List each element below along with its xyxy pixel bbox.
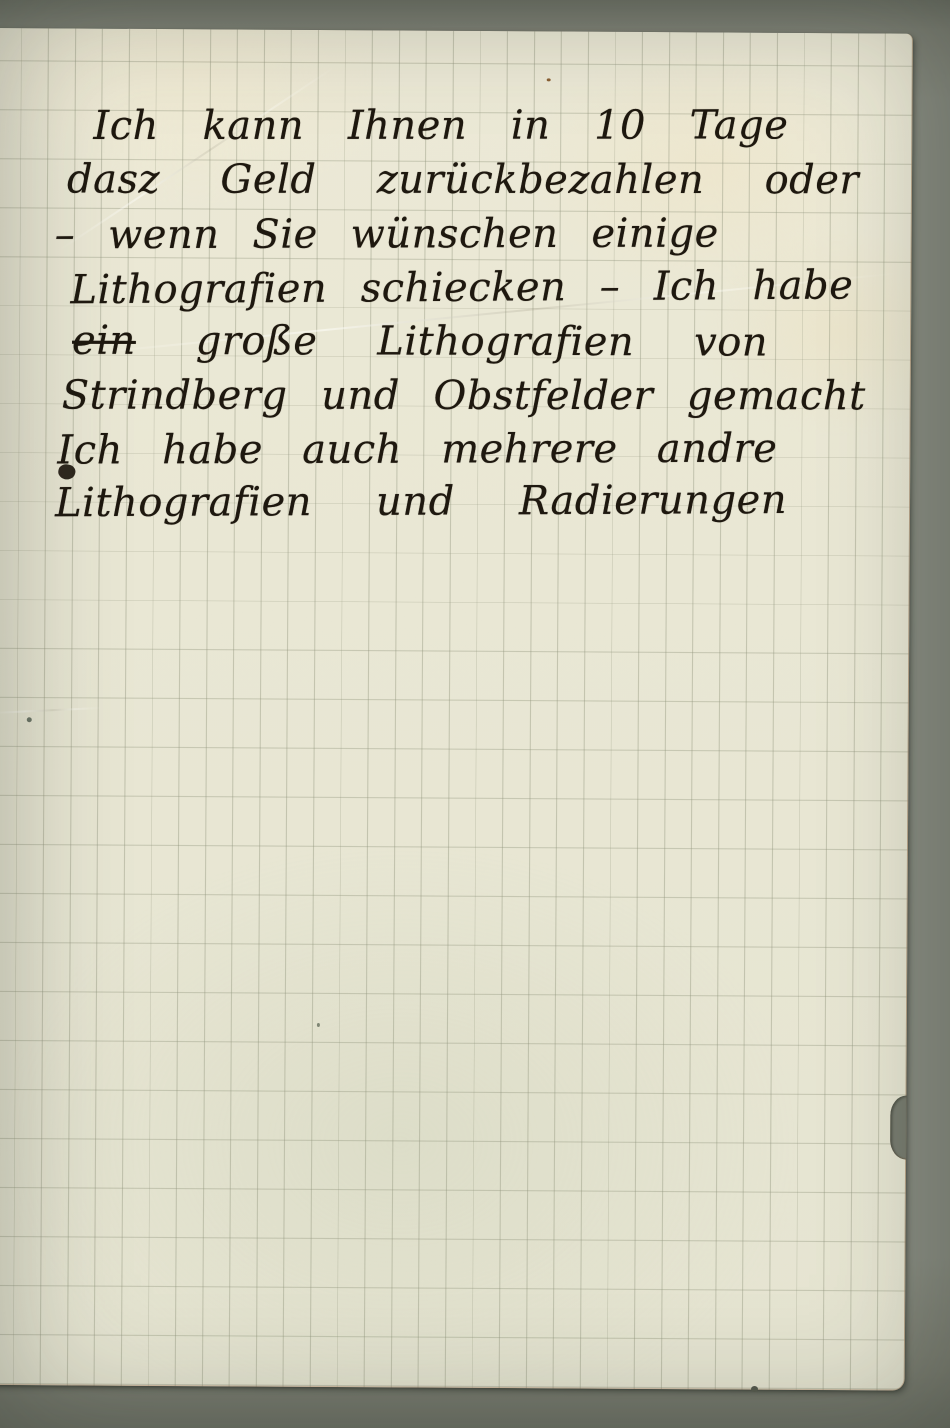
line-text: dasz Geld zurückbezahlen oder xyxy=(67,157,859,204)
handwritten-line: Lithografien und Radierungen xyxy=(55,479,787,534)
line-text: Lithografien schiecken – Ich habe xyxy=(70,262,853,313)
line-text: große Lithografien von xyxy=(196,318,768,365)
letter-page: Ich kann Ihnen in 10 Tage dasz Geld zurü… xyxy=(0,28,913,1391)
handwritten-line: – wenn Sie wünschen einige xyxy=(55,213,719,267)
letter-body: Ich kann Ihnen in 10 Tage dasz Geld zurü… xyxy=(0,28,912,1390)
handwritten-line: Strindberg und Obstfelder gemacht xyxy=(62,375,866,428)
handwritten-line: Ich kann Ihnen in 10 Tage xyxy=(93,104,788,157)
line-text: Ich kann Ihnen in 10 Tage xyxy=(93,102,788,149)
handwritten-line: Ich habe auch mehrere andre xyxy=(57,428,777,482)
line-text: Strindberg und Obstfelder gemacht xyxy=(62,373,866,420)
line-text: – wenn Sie wünschen einige xyxy=(55,211,719,259)
handwritten-line: ein große Lithografien von xyxy=(72,320,768,374)
line-text: Ich habe auch mehrere andre xyxy=(57,426,777,474)
handwritten-line: dasz Geld zurückbezahlen oder xyxy=(67,159,859,212)
strikethrough-word: ein xyxy=(72,318,136,364)
photo-backdrop: Ich kann Ihnen in 10 Tage dasz Geld zurü… xyxy=(0,0,950,1428)
line-text: Lithografien und Radierungen xyxy=(55,477,787,526)
handwritten-line: Lithografien schiecken – Ich habe xyxy=(70,264,853,321)
